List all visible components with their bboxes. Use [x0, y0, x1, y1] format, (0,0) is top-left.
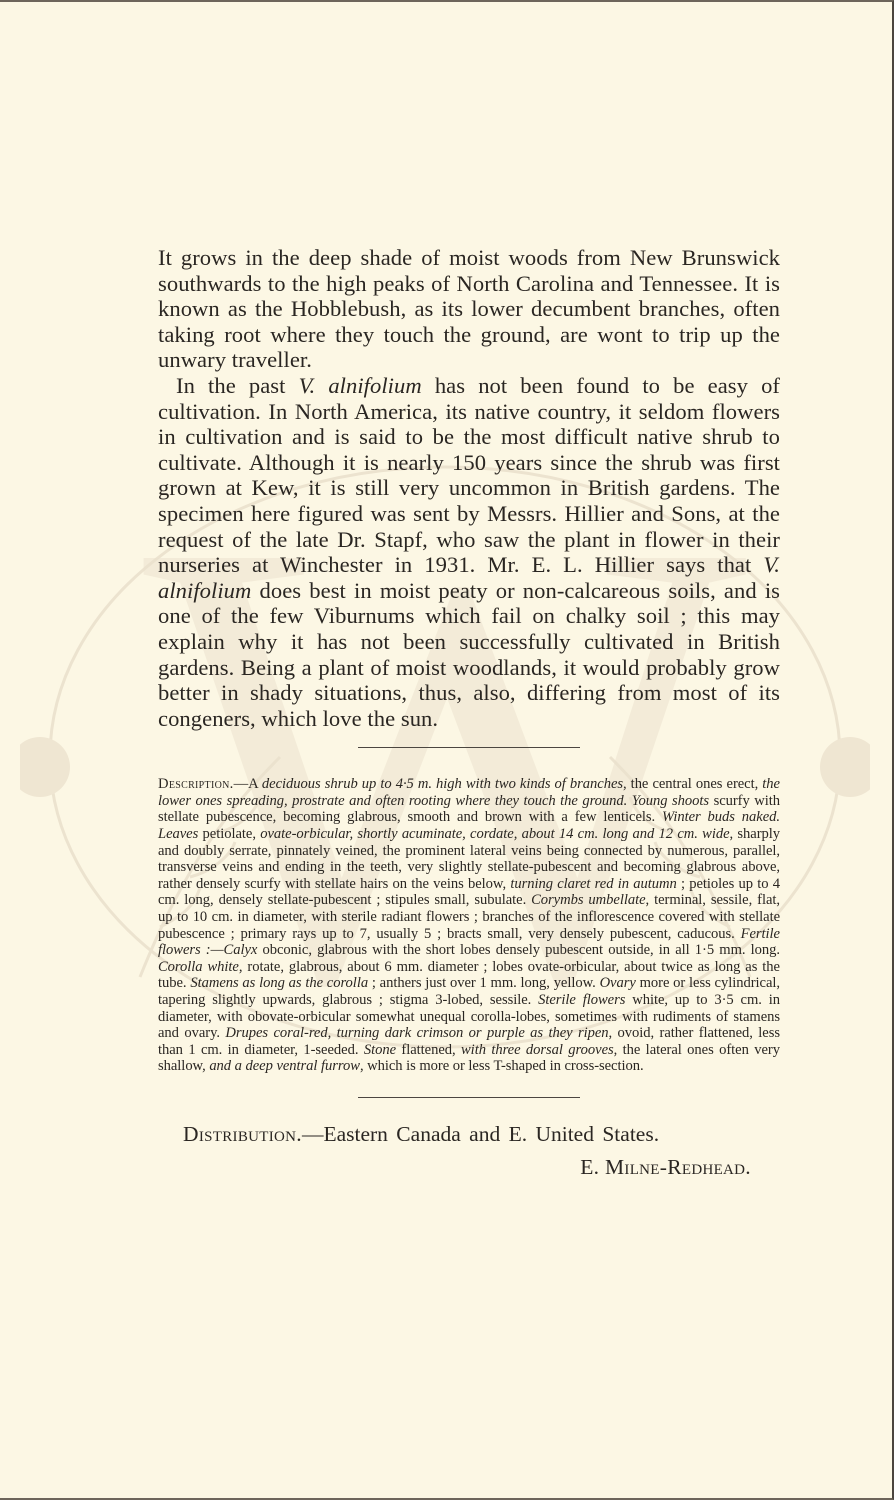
text-segment: , which is more or less T-shaped in cros… [360, 1058, 644, 1074]
body-paragraph: In the past V. alnifolium has not been f… [158, 373, 780, 731]
italic-text-segment: turning claret red in autumn [510, 876, 676, 892]
section-divider-2 [358, 1097, 580, 1098]
italic-text-segment: V. alnifolium [299, 373, 422, 398]
page-content: It grows in the deep shade of moist wood… [158, 245, 780, 1181]
author-signature: E. Milne-Redhead. [158, 1153, 780, 1181]
italic-text-segment: Drupes coral-red, turning dark crimson o… [225, 1025, 608, 1041]
italic-text-segment: Corolla white [158, 959, 239, 975]
italic-text-segment: ovate-orbicular, shortly acuminate, cord… [260, 826, 729, 842]
text-segment: —A [234, 776, 262, 792]
book-page: W It grows in the deep shade of moist wo… [0, 0, 894, 1500]
italic-text-segment: Stamens as long as the corolla [190, 975, 368, 991]
italic-text-segment: Sterile flowers [538, 992, 625, 1008]
italic-text-segment: Leaves [158, 826, 198, 842]
section-divider [358, 747, 580, 748]
description-paragraph: Description.—A deciduous shrub up to 4·5… [158, 776, 780, 1075]
italic-text-segment: Winter buds naked. [662, 809, 780, 825]
description-heading: Description. [158, 776, 234, 792]
text-segment: obconic, glabrous with the short lobes d… [257, 942, 780, 958]
distribution-text: —Eastern Canada and E. United States. [302, 1122, 659, 1146]
author-name: E. Milne-Redhead. [580, 1155, 751, 1179]
italic-text-segment: Corymbs umbellate [531, 892, 645, 908]
text-segment: ; anthers just over 1 mm. long, yellow. [368, 975, 599, 991]
italic-text-segment: Stone [364, 1042, 396, 1058]
text-segment: petiolate, [198, 826, 260, 842]
italic-text-segment: and a deep ventral furrow [209, 1058, 360, 1074]
description-body: —A deciduous shrub up to 4·5 m. high wit… [158, 776, 780, 1074]
text-segment: does best in moist peaty or non-calcareo… [158, 578, 780, 731]
body-paragraph: It grows in the deep shade of moist wood… [158, 245, 780, 373]
distribution-heading: Distribution. [183, 1122, 302, 1146]
italic-text-segment: deciduous shrub up to 4·5 m. high with t… [262, 776, 623, 792]
text-segment: has not been found to be easy of cultiva… [158, 373, 780, 577]
text-segment: , the central ones erect, [623, 776, 762, 792]
distribution-line: Distribution.—Eastern Canada and E. Unit… [158, 1120, 780, 1148]
text-segment: It grows in the deep shade of moist wood… [158, 245, 780, 372]
body-text: It grows in the deep shade of moist wood… [158, 245, 780, 731]
italic-text-segment: Ovary [600, 975, 636, 991]
italic-text-segment: Young shoots [632, 793, 709, 809]
text-segment: flattened, [396, 1042, 461, 1058]
italic-text-segment: with three dorsal grooves [461, 1042, 614, 1058]
text-segment: In the past [176, 373, 299, 398]
